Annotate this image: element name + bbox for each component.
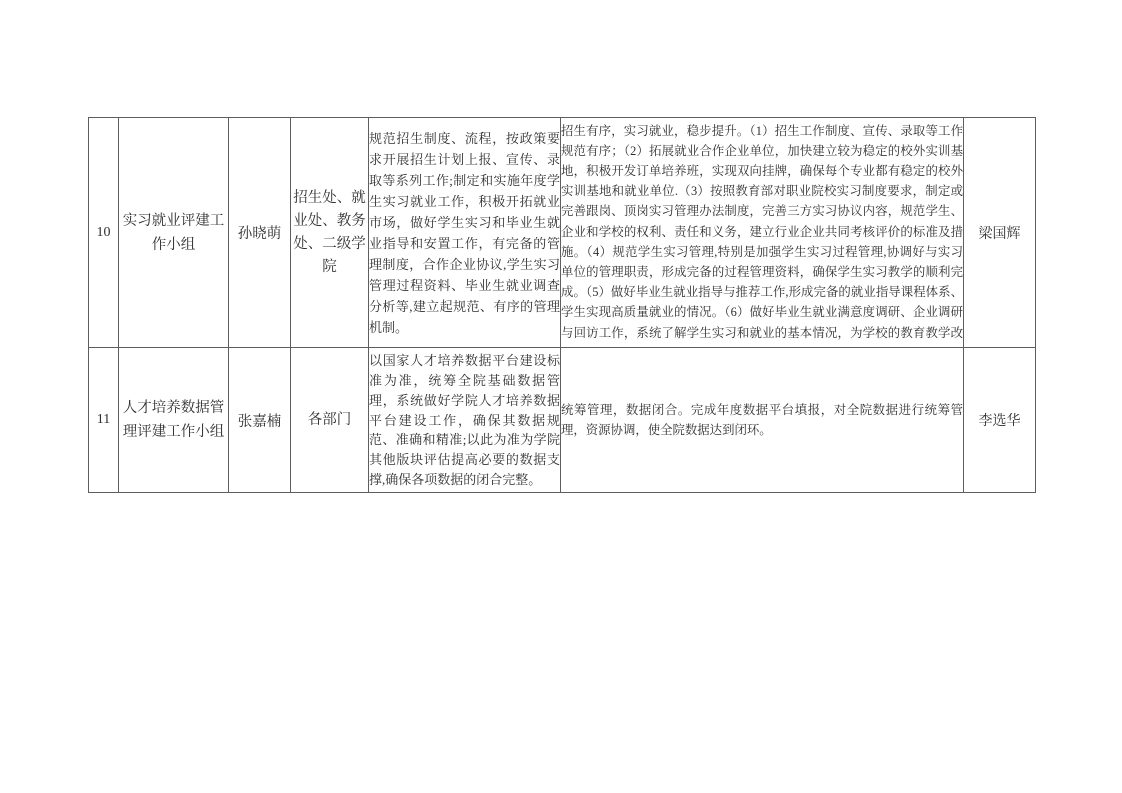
responsible-person-cell: 李选华 (964, 348, 1036, 493)
standards-cell: 招生有序，实习就业，稳步提升。（1）招生工作制度、宣传、录取等工作规范有序；（2… (561, 118, 964, 348)
responsible-person-name: 梁国辉 (964, 223, 1035, 243)
group-name-cell: 人才培养数据管理评建工作小组 (119, 348, 229, 493)
row-number: 10 (89, 225, 118, 241)
evaluation-work-groups-table: 10 实习就业评建工作小组 孙晓萌 招生处、就业处、教务处、二级学院 规范招生制… (88, 117, 1036, 493)
responsible-person-cell: 梁国辉 (964, 118, 1036, 348)
row-number-cell: 11 (89, 348, 119, 493)
responsible-person-name: 李选华 (964, 410, 1035, 430)
duties-cell: 以国家人才培养数据平台建设标准为准，统筹全院基础数据管理，系统做好学院人才培养数… (369, 348, 561, 493)
leader-cell: 孙晓萌 (229, 118, 291, 348)
group-name: 人才培养数据管理评建工作小组 (119, 396, 228, 444)
standards-text: 统筹管理，数据闭合。完成年度数据平台填报，对全院数据进行统筹管理，资源协调，使全… (561, 400, 963, 440)
departments-text: 招生处、就业处、教务处、二级学院 (291, 187, 368, 279)
standards-text: 招生有序，实习就业，稳步提升。（1）招生工作制度、宣传、录取等工作规范有序；（2… (561, 121, 963, 345)
departments-cell: 各部门 (291, 348, 369, 493)
leader-name: 张嘉楠 (229, 410, 290, 431)
table-row: 11 人才培养数据管理评建工作小组 张嘉楠 各部门 以国家人才培养数据平台建设标… (89, 348, 1036, 493)
group-name: 实习就业评建工作小组 (119, 209, 228, 257)
row-number: 11 (89, 412, 118, 428)
departments-cell: 招生处、就业处、教务处、二级学院 (291, 118, 369, 348)
duties-text: 以国家人才培养数据平台建设标准为准，统筹全院基础数据管理，系统做好学院人才培养数… (369, 351, 560, 490)
duties-cell: 规范招生制度、流程，按政策要求开展招生计划上报、宣传、录取等系列工作;制定和实施… (369, 118, 561, 348)
leader-cell: 张嘉楠 (229, 348, 291, 493)
standards-cell: 统筹管理，数据闭合。完成年度数据平台填报，对全院数据进行统筹管理，资源协调，使全… (561, 348, 964, 493)
row-number-cell: 10 (89, 118, 119, 348)
group-name-cell: 实习就业评建工作小组 (119, 118, 229, 348)
departments-text: 各部门 (291, 409, 368, 432)
document-page: 10 实习就业评建工作小组 孙晓萌 招生处、就业处、教务处、二级学院 规范招生制… (0, 0, 1122, 793)
leader-name: 孙晓萌 (229, 222, 290, 243)
table-row: 10 实习就业评建工作小组 孙晓萌 招生处、就业处、教务处、二级学院 规范招生制… (89, 118, 1036, 348)
duties-text: 规范招生制度、流程，按政策要求开展招生计划上报、宣传、录取等系列工作;制定和实施… (369, 128, 560, 338)
